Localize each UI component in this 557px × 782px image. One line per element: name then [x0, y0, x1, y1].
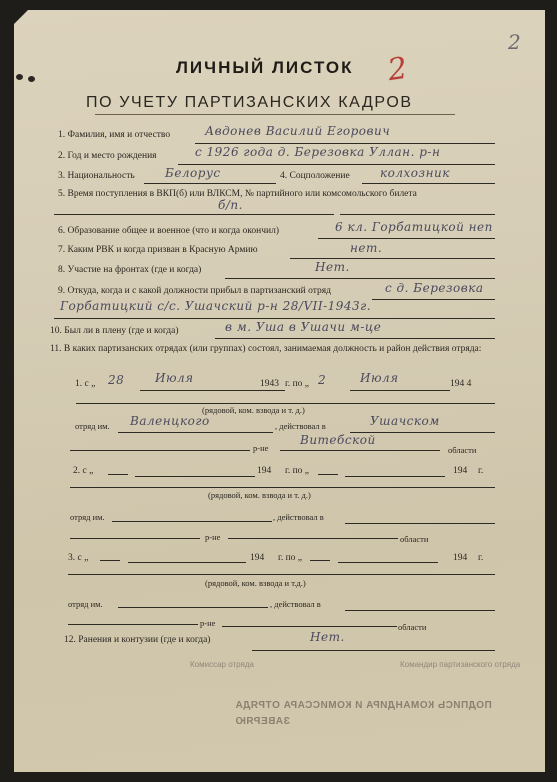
period-1-from-prefix: 1. с „ — [75, 379, 95, 389]
period-1-acted-in: Ушачском — [370, 414, 440, 428]
period-2-year-to: 194 — [453, 466, 467, 476]
period-1-oblast-label: области — [448, 445, 476, 455]
document-subtitle: ПО УЧЕТУ ПАРТИЗАНСКИХ КАДРОВ — [86, 94, 413, 112]
period-3-to-prefix: г. по „ — [278, 553, 302, 563]
bleed-left-signature: Комиссар отряда — [190, 660, 254, 669]
period-1-detachment-label: отряд им. — [75, 421, 110, 431]
page-number: 2 — [508, 30, 521, 54]
field-4-value: колхозник — [380, 166, 450, 180]
field-9-label: 9. Откуда, когда и с какой должности при… — [58, 286, 331, 296]
title-rule — [95, 114, 455, 115]
field-10-label: 10. Был ли в плену (где и когда) — [50, 326, 179, 336]
period-1-day-from: 28 — [108, 373, 124, 387]
period-2-detachment-label: отряд им. — [70, 512, 105, 522]
field-2-label: 2. Год и место рождения — [58, 151, 157, 161]
period-1-to-prefix: г. по „ — [285, 379, 309, 389]
field-8-label: 8. Участие на фронтах (где и когда) — [58, 265, 201, 275]
field-11-label: 11. В каких партизанских отрядах (или гр… — [50, 344, 490, 355]
period-2-rne-label: р-не — [205, 532, 220, 542]
field-3-label: 3. Национальность — [58, 171, 135, 181]
period-1-oblast: Витебской — [300, 433, 376, 447]
bleed-stamp-line-2: ЗАВЕРЯЮ — [235, 716, 290, 727]
period-1-position-hint: (рядовой, ком. взвода и т. д.) — [202, 405, 305, 415]
period-2-oblast-label: области — [400, 534, 428, 544]
period-1-day-to: 2 — [318, 373, 326, 387]
period-2-year-from: 194 — [257, 466, 271, 476]
period-1-year-from: 1943 — [260, 379, 279, 389]
field-6-value: 6 кл. Горбатицкой неп — [335, 220, 493, 234]
field-1-value: Авдонев Василий Егорович — [205, 124, 390, 138]
period-1-detachment: Валенцкого — [130, 414, 210, 428]
field-7-label: 7. Каким РВК и когда призван в Красную А… — [58, 245, 258, 255]
period-1-month-to: Июля — [360, 371, 399, 385]
period-1-year-to: 194 4 — [450, 379, 471, 389]
period-3-position-hint: (рядовой, ком. взвода и т.д.) — [205, 578, 306, 588]
field-2-value: с 1926 года д. Березовка Уллан. р-н — [195, 145, 440, 159]
field-8-value: Нет. — [315, 260, 350, 274]
bleed-stamp-line-1: ПОДПИСЬ КОМАНДИРА И КОМИССАРА ОТРЯДА — [235, 700, 492, 711]
period-3-year-suffix: г. — [478, 553, 483, 563]
field-4-label: 4. Соцположение — [280, 171, 350, 181]
period-3-year-to: 194 — [453, 553, 467, 563]
field-12-value: Нет. — [310, 630, 345, 644]
period-2-position-hint: (рядовой, ком. взвода и т. д.) — [208, 490, 311, 500]
period-3-detachment-label: отряд им. — [68, 599, 103, 609]
bleed-right-signature: Командир партизанского отряда — [400, 660, 520, 669]
field-10-value: в м. Уша в Ушачи м-це — [225, 320, 381, 334]
period-1-acted-label: , действовал в — [275, 421, 326, 431]
period-2-acted-label: , действовал в — [273, 512, 324, 522]
period-1-month-from: Июля — [155, 371, 194, 385]
period-2-to-prefix: г. по „ — [285, 466, 309, 476]
punch-hole — [28, 76, 35, 82]
field-9-value-2: Горбатицкий с/с. Ушачский р-н 28/VII-194… — [60, 299, 371, 313]
field-12-label: 12. Ранения и контузии (где и когда) — [64, 635, 210, 645]
period-3-year-from: 194 — [250, 553, 264, 563]
period-2-from-prefix: 2. с „ — [73, 466, 93, 476]
field-6-label: 6. Образование общее и военное (что и ко… — [58, 226, 279, 236]
period-3-rne-label: р-не — [200, 618, 215, 628]
field-6-value-2: нет. — [350, 241, 382, 255]
period-3-acted-label: , действовал в — [270, 599, 321, 609]
period-3-from-prefix: 3. с „ — [68, 553, 88, 563]
punch-hole — [16, 74, 23, 80]
document-title: ЛИЧНЫЙ ЛИСТОК — [176, 58, 354, 78]
field-1-label: 1. Фамилия, имя и отчество — [58, 130, 170, 140]
period-1-rne-label: р-не — [253, 443, 268, 453]
period-2-year-suffix: г. — [478, 466, 483, 476]
field-9-value: с д. Березовка — [385, 281, 484, 295]
period-3-oblast-label: области — [398, 622, 426, 632]
field-3-value: Белорус — [165, 166, 221, 180]
field-5-value: б/п. — [218, 198, 243, 212]
